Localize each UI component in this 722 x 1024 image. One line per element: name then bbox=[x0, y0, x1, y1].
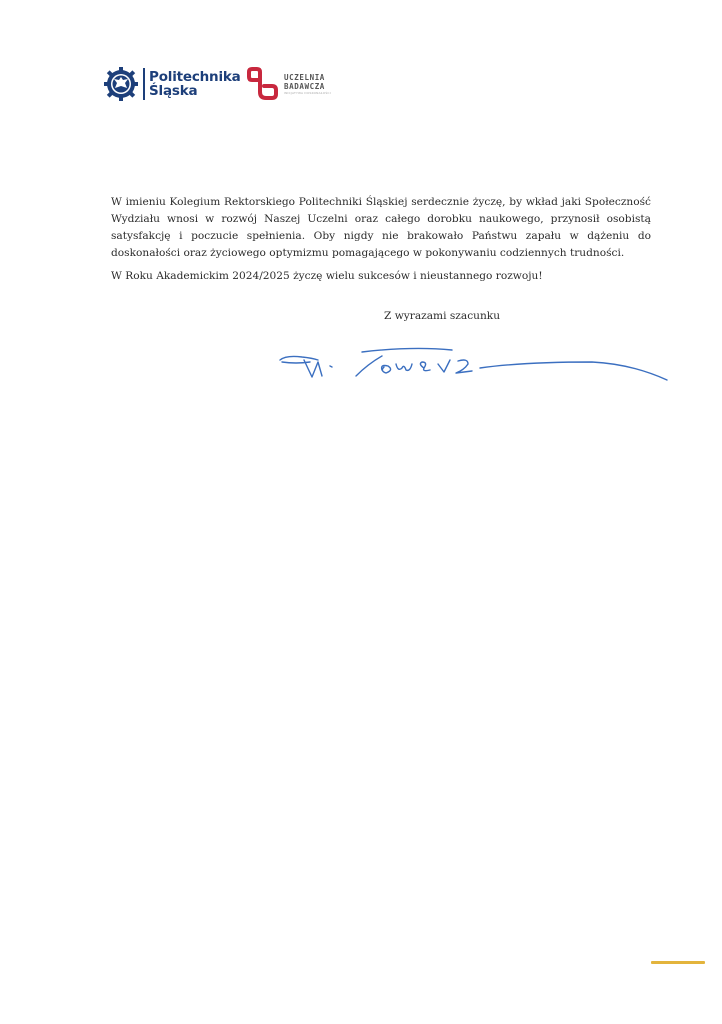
uczelnia-badawcza-wordmark: UCZELNIA BADAWCZA INICJATYWA DOSKONAŁOŚC… bbox=[284, 73, 331, 96]
uczelnia-badawcza-logo: UCZELNIA BADAWCZA INICJATYWA DOSKONAŁOŚC… bbox=[246, 66, 331, 102]
politechnika-slaska-wordmark: Politechnika Śląska bbox=[149, 70, 241, 98]
ub-line-3: INICJATYWA DOSKONAŁOŚCI bbox=[284, 91, 331, 96]
politechnika-slaska-logo: Politechnika Śląska bbox=[104, 67, 241, 101]
footer-accent-line bbox=[651, 961, 705, 964]
logo-line-2: Śląska bbox=[149, 84, 241, 98]
university-emblem-icon bbox=[104, 67, 138, 101]
letter-closing: Z wyrazami szacunku bbox=[384, 310, 500, 322]
letter-paragraph-2: W Roku Akademickim 2024/2025 życzę wielu… bbox=[111, 268, 651, 285]
ub-line-1: UCZELNIA bbox=[284, 73, 331, 82]
letter-page: Politechnika Śląska UCZELNIA BADAWCZA IN… bbox=[0, 0, 722, 1024]
uczelnia-badawcza-mark-icon bbox=[246, 66, 280, 102]
letter-paragraph-1: W imieniu Kolegium Rektorskiego Politech… bbox=[111, 194, 651, 262]
handwritten-signature bbox=[272, 340, 672, 390]
ub-line-2: BADAWCZA bbox=[284, 82, 331, 91]
logo-line-1: Politechnika bbox=[149, 70, 241, 84]
logo-divider bbox=[143, 68, 145, 100]
